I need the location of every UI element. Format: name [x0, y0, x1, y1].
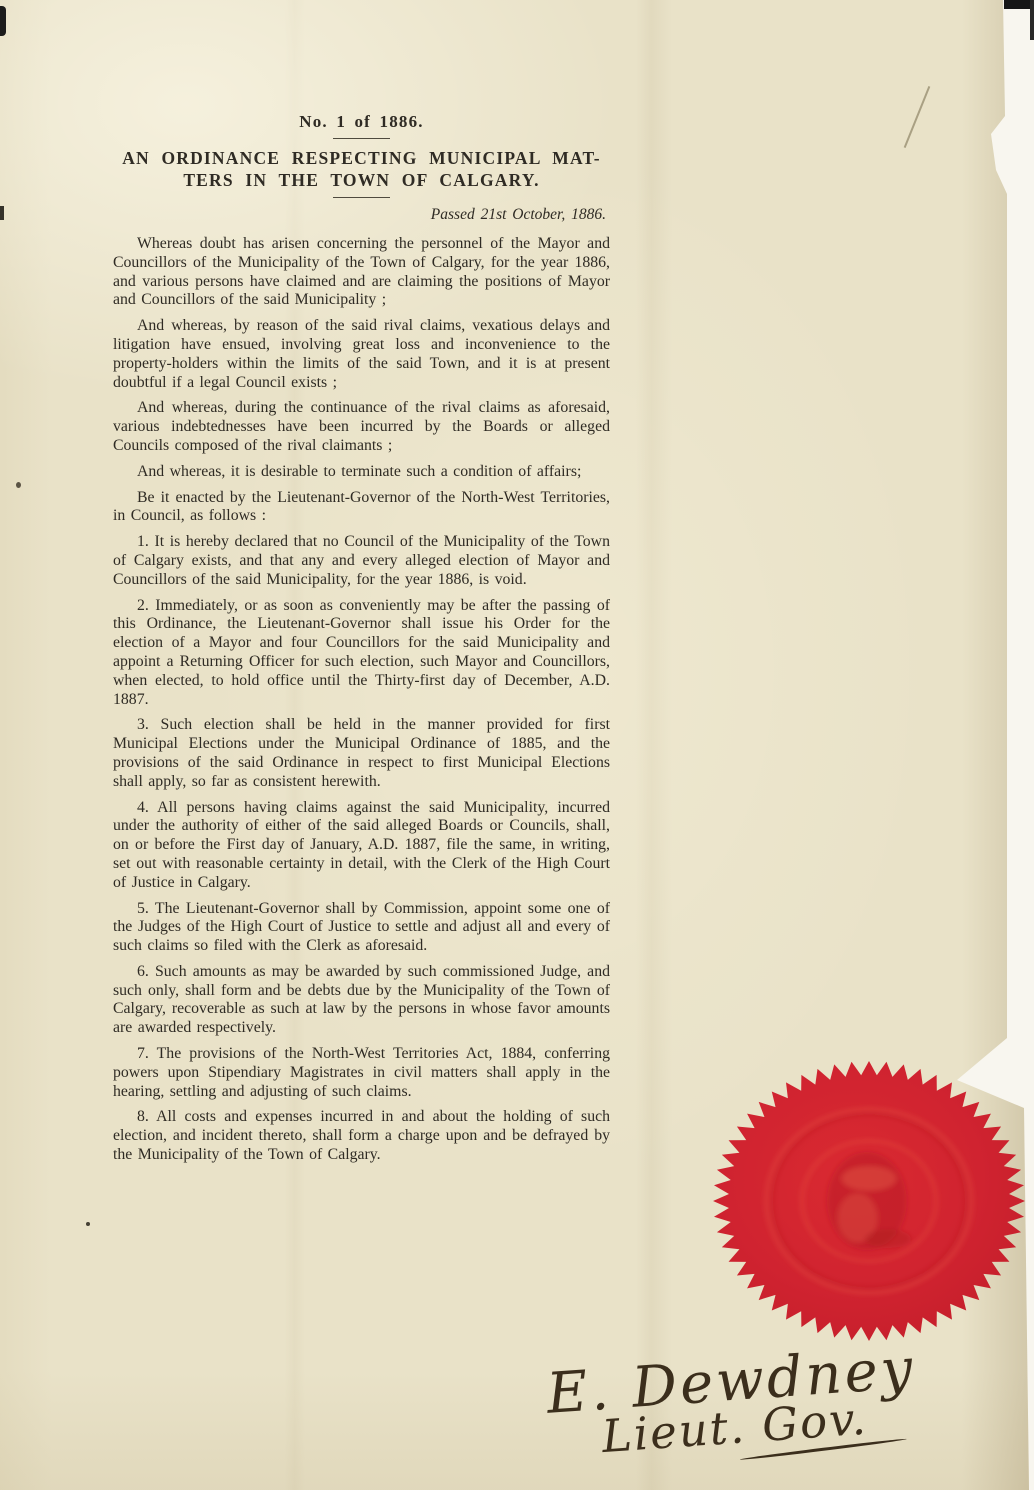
- ordinance-number: No. 1 of 1886.: [113, 112, 610, 132]
- section-7: 7. The provisions of the North-West Terr…: [113, 1045, 610, 1101]
- section-1: 1. It is hereby declared that no Council…: [113, 533, 610, 589]
- document-title: AN ORDINANCE RESPECTING MUNICIPAL MAT-TE…: [113, 147, 610, 191]
- paper-speck: [16, 482, 21, 488]
- scanner-edge-mark-vertical: [1030, 0, 1034, 40]
- paragraph-whereas-2: And whereas, by reason of the said rival…: [113, 317, 610, 392]
- section-2: 2. Immediately, or as soon as convenient…: [113, 597, 610, 710]
- paragraph-whereas-1: Whereas doubt has arisen concerning the …: [113, 235, 610, 310]
- paragraph-whereas-3: And whereas, during the continuance of t…: [113, 399, 610, 455]
- section-4: 4. All persons having claims against the…: [113, 799, 610, 893]
- crease-scratch-mark: [904, 86, 931, 148]
- seal-crest-highlight-top: [842, 1166, 896, 1190]
- seal-crest-shadow: [865, 1229, 911, 1248]
- edge-ink-speck: [0, 206, 4, 220]
- title-line-1: AN ORDINANCE RESPECTING MUNICIPAL MAT-: [122, 148, 601, 168]
- ordinance-text-block: No. 1 of 1886. AN ORDINANCE RESPECTING M…: [113, 112, 610, 1172]
- divider-rule-bottom: [333, 197, 390, 198]
- document-paper: No. 1 of 1886. AN ORDINANCE RESPECTING M…: [0, 0, 1034, 1490]
- paragraph-enacting-clause: Be it enacted by the Lieutenant-Governor…: [113, 489, 610, 527]
- passed-date-line: Passed 21st October, 1886.: [113, 206, 610, 224]
- section-8: 8. All costs and expenses incurred in an…: [113, 1108, 610, 1164]
- red-wax-seal-icon: [712, 1060, 1026, 1342]
- title-line-2: TERS IN THE TOWN OF CALGARY.: [183, 170, 539, 190]
- divider-rule-top: [333, 138, 390, 139]
- section-5: 5. The Lieutenant-Governor shall by Comm…: [113, 900, 610, 956]
- edge-ink-speck: [0, 6, 6, 36]
- paragraph-whereas-4: And whereas, it is desirable to terminat…: [113, 463, 610, 482]
- section-3: 3. Such election shall be held in the ma…: [113, 716, 610, 791]
- section-6: 6. Such amounts as may be awarded by suc…: [113, 963, 610, 1038]
- print-dot-artifact: [86, 1222, 90, 1226]
- signature-block: E. Dewdney Lieut. Gov.: [545, 1339, 921, 1469]
